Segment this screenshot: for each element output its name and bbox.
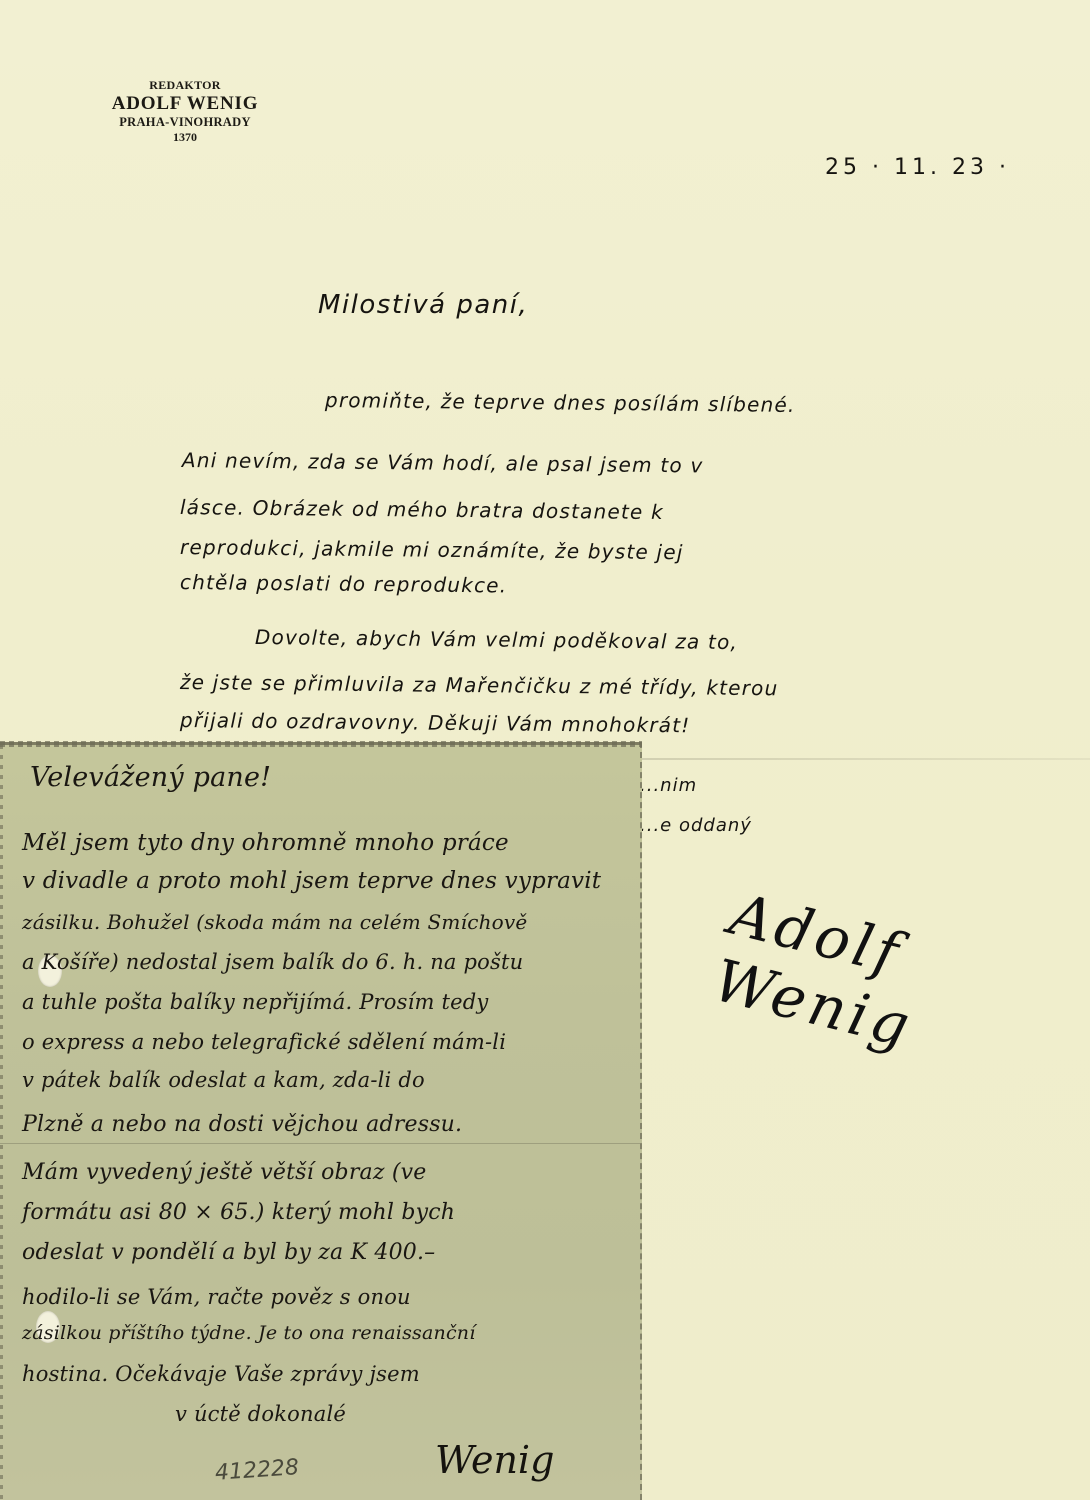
letter-line: přijali do ozdravovny. Děkuji Vám mnohok… <box>180 708 691 737</box>
letterhead-number: 1370 <box>80 130 290 145</box>
letter-line: že jste se přimluvila za Mařenčičku z mé… <box>180 670 779 700</box>
letter-line: Dovolte, abych Vám velmi poděkoval za to… <box>255 625 738 654</box>
card-line: v úctě dokonalé <box>175 1402 346 1426</box>
fold-line <box>640 758 1090 760</box>
card-line: v divadle a proto mohl jsem teprve dnes … <box>22 868 601 894</box>
card-line: Měl jsem tyto dny ohromně mnoho práce <box>22 830 509 856</box>
letter-line: lásce. Obrázek od mého bratra dostanete … <box>180 495 664 524</box>
card-line: Mám vyvedený ještě větší obraz (ve <box>22 1160 426 1185</box>
perforation-top <box>0 741 642 747</box>
letter-closing-line: ...e oddaný <box>640 815 752 836</box>
card-line: a tuhle pošta balíky nepřijímá. Prosím t… <box>22 990 489 1014</box>
letter-signature: Adolf Wenig <box>707 880 1080 1097</box>
card-line: zásilku. Bohužel (skoda mám na celém Smí… <box>22 910 527 934</box>
letter-line: promiňte, že teprve dnes posílám slíbené… <box>325 388 796 417</box>
letterhead: REDAKTOR ADOLF WENIG PRAHA-VINOHRADY 137… <box>80 78 290 145</box>
letterhead-name: ADOLF WENIG <box>80 93 290 115</box>
card-line: hostina. Očekávaje Vaše zprávy jsem <box>22 1362 420 1386</box>
card-line: formátu asi 80 × 65.) který mohl bych <box>22 1200 455 1225</box>
card-line: a Košíře) nedostal jsem balík do 6. h. n… <box>22 950 523 974</box>
card-line: hodilo-li se Vám, račte pověz s onou <box>22 1285 411 1309</box>
letter-date: 25 · 11. 23 · <box>825 155 1010 180</box>
card-line: v pátek balík odeslat a kam, zda-li do <box>22 1068 425 1092</box>
card-salutation: Velevážený pane! <box>30 762 271 793</box>
letterhead-city: PRAHA-VINOHRADY <box>80 115 290 130</box>
card-signature: Wenig <box>435 1438 554 1482</box>
letter-line: reprodukci, jakmile mi oznámíte, že byst… <box>180 535 684 564</box>
letter-closing-line: ...nim <box>640 775 697 796</box>
card-line: zásilkou příštího týdne. Je to ona renai… <box>22 1322 476 1344</box>
perforation-left <box>0 745 3 1500</box>
card-line: o express a nebo telegrafické sdělení má… <box>22 1030 506 1054</box>
letter-line: chtěla poslati do reprodukce. <box>180 570 508 597</box>
card-line: Plzně a nebo na dosti vějchou adressu. <box>22 1112 462 1137</box>
card-line: odeslat v pondělí a byl by za K 400.– <box>22 1240 435 1265</box>
letter-salutation: Milostivá paní, <box>318 290 528 320</box>
letter-line: Ani nevím, zda se Vám hodí, ale psal jse… <box>182 448 704 477</box>
letterhead-role: REDAKTOR <box>80 78 290 93</box>
card-fold-line <box>0 1143 640 1144</box>
